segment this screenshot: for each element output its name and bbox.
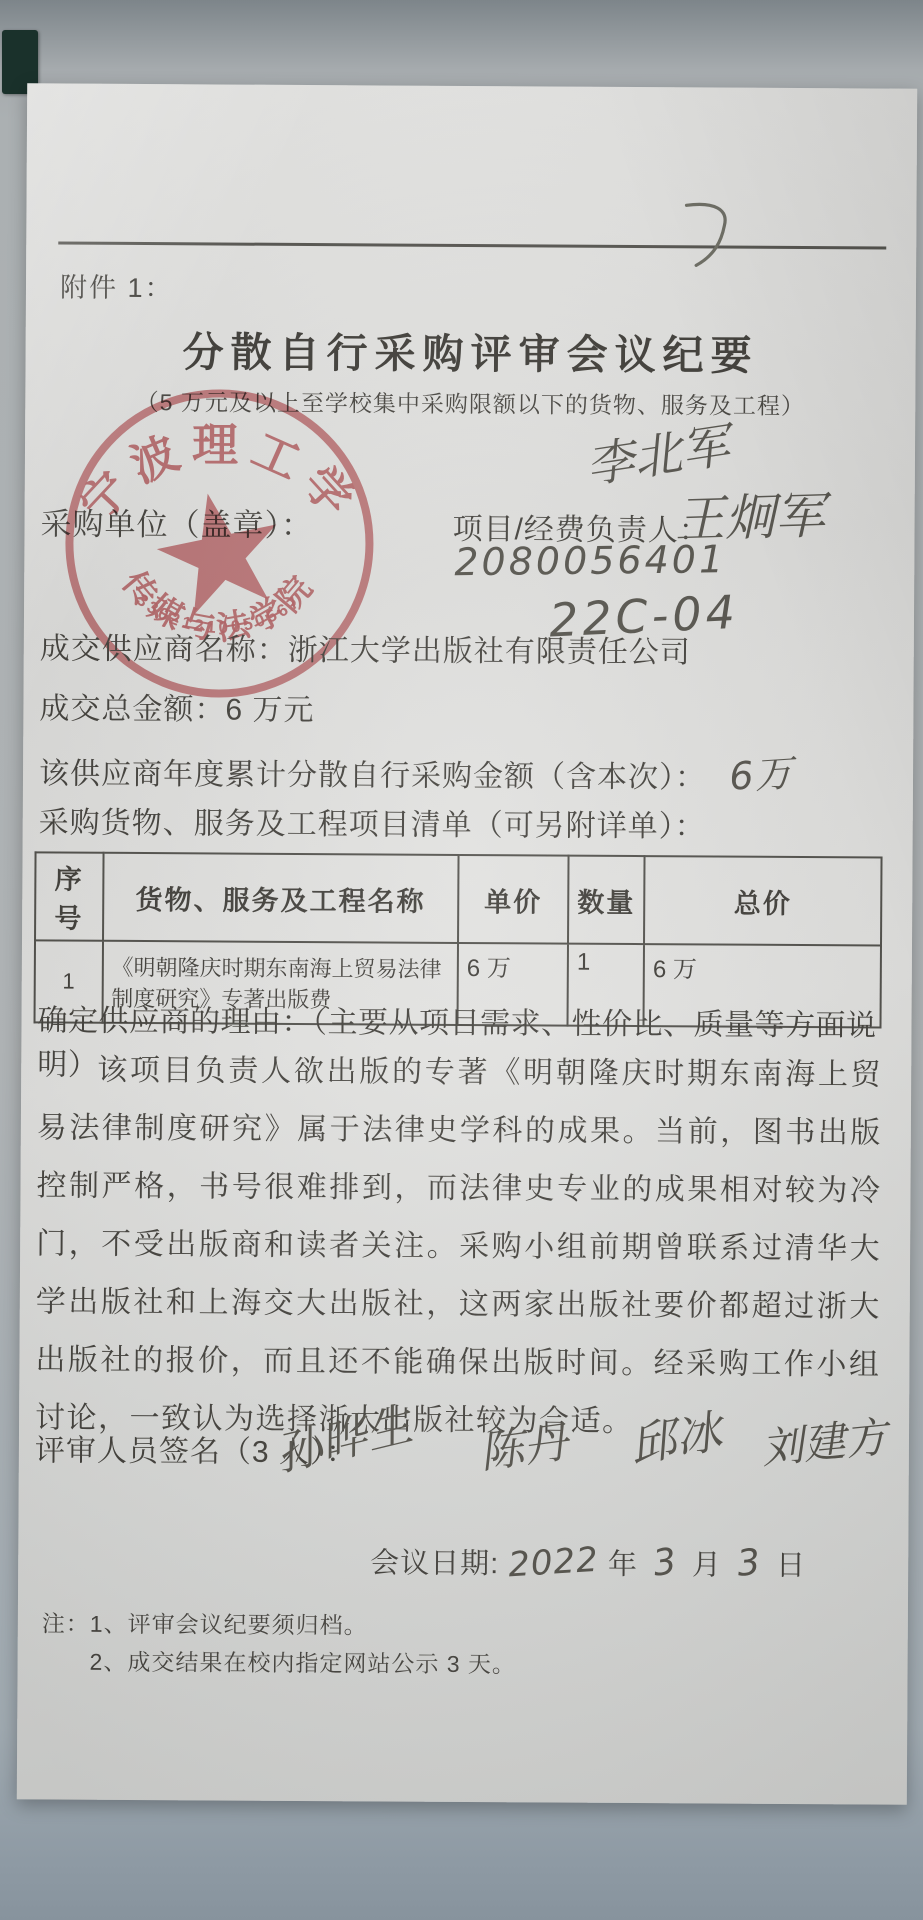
list-label: 采购货物、服务及工程项目清单（可另附详单）： xyxy=(39,797,706,845)
header-price: 单价 xyxy=(458,855,569,944)
meeting-date-day-unit: 日 xyxy=(776,1550,806,1582)
header-total: 总价 xyxy=(644,856,881,945)
amount-value: 6 万元 xyxy=(225,694,314,728)
reviewer-signature-3: 邱冰 xyxy=(624,1395,726,1475)
reviewer-signature-4: 刘建方 xyxy=(758,1404,889,1476)
meeting-date-month-unit: 月 xyxy=(692,1549,722,1581)
cumulative-label: 该供应商年度累计分散自行采购金额（含本次）： xyxy=(39,757,706,794)
attachment-label: 附件 1： xyxy=(60,266,174,306)
project-number-handwritten: 2080056401 xyxy=(454,537,726,584)
document-paper: 附件 1： 分散自行采购评审会议纪要 （5 万元及以上至学校集中采购限额以下的货… xyxy=(17,83,917,1804)
meeting-date-day-handwritten: 3 xyxy=(735,1542,763,1585)
meeting-date-year-handwritten: 2022 xyxy=(507,1540,600,1586)
document-title: 分散自行采购评审会议纪要 xyxy=(25,318,915,382)
meeting-date-label: 会议日期: xyxy=(370,1547,499,1580)
table-header-row: 序号 货物、服务及工程名称 单价 数量 总价 xyxy=(35,852,882,945)
reason-paragraph: 该项目负责人欲出版的专著《明朝隆庆时期东南海上贸易法律制度研究》属于法律史学科的… xyxy=(35,1041,882,1452)
header-qty: 数量 xyxy=(568,856,645,944)
supplier-label: 成交供应商名称： xyxy=(40,632,288,667)
footnote-1: 注：1、评审会议纪要须归档。 xyxy=(42,1605,368,1640)
meeting-date-month-handwritten: 3 xyxy=(650,1541,679,1585)
meeting-date-year-unit: 年 xyxy=(608,1549,638,1581)
header-name: 货物、服务及工程名称 xyxy=(103,853,459,943)
header-seq: 序号 xyxy=(35,852,103,940)
supplier-value: 浙江大学出版社有限责任公司 xyxy=(288,634,691,669)
footnote-2: 2、成交结果在校内指定网站公示 3 天。 xyxy=(90,1644,517,1680)
amount-label: 成交总金额： xyxy=(39,692,225,726)
cumulative-amount-handwritten: 6万 xyxy=(728,742,796,801)
top-rule-divider xyxy=(58,241,886,249)
reviewer-signature-2: 陈丹 xyxy=(475,1406,571,1481)
pen-mark xyxy=(674,199,744,279)
